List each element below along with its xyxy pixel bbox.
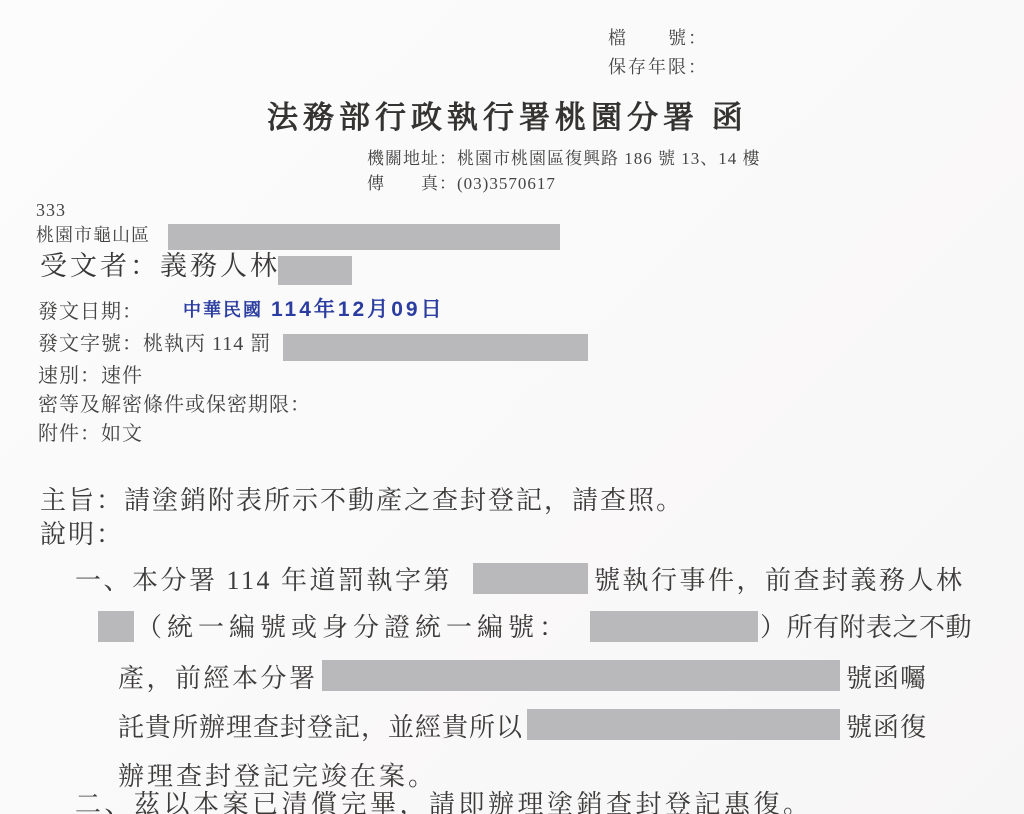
file-number-label: 檔 號： bbox=[608, 28, 708, 49]
document-title: 法務部行政執行署桃園分署 函 bbox=[267, 100, 748, 136]
subject-text: 請塗銷附表所示不動產之查封登記，請查照。 bbox=[124, 486, 684, 515]
redaction-box-recipient-name bbox=[278, 256, 352, 285]
retention-period-label: 保存年限： bbox=[608, 57, 708, 78]
attachment-row: 附件：如文 bbox=[38, 423, 143, 446]
item1-line2-seg1: （統一編號或身分證統一編號： bbox=[136, 613, 570, 643]
item1-line4-post: 號函復 bbox=[846, 713, 927, 743]
doc-number-label: 發文字號： bbox=[38, 333, 143, 355]
item1-line3-post: 號函囑 bbox=[846, 664, 927, 694]
item2-text: 茲以本案已清償完畢，請即辦理塗銷查封登記惠復。 bbox=[134, 790, 813, 814]
item1-line1-post: 號執行事件，前查封義務人林 bbox=[594, 566, 965, 596]
redaction-box-name-continuation bbox=[98, 611, 134, 642]
doc-number-visible: 桃執丙 114 罰 bbox=[143, 333, 271, 355]
fax-value: (03)3570617 bbox=[457, 174, 556, 193]
redaction-box-doc-number bbox=[283, 334, 588, 361]
issue-date-label: 發文日期： bbox=[38, 301, 143, 324]
agency-address-label: 機關地址： bbox=[367, 149, 457, 168]
redaction-box-reply-number bbox=[527, 709, 840, 740]
fax-label: 傳 真： bbox=[367, 174, 457, 193]
item1-line2-seg2: ）所有附表之不動 bbox=[760, 613, 972, 643]
date-stamp: 中華民國 114年12月09日 bbox=[183, 298, 445, 322]
item1-line4-pre: 託貴所辦理查封登記，並經貴所以 bbox=[118, 713, 523, 743]
item1-line3-pre: 產，前經本分署 bbox=[118, 664, 318, 694]
item1-line1-text: 一、本分署 114 年道罰執字第 bbox=[75, 566, 452, 596]
subject-label: 主旨： bbox=[40, 486, 124, 515]
fax-row: 傳 真：(03)3570617 bbox=[367, 174, 556, 194]
recipient-name-prefix: 義務人林 bbox=[160, 251, 280, 281]
stamp-date-text: 114年12月09日 bbox=[271, 298, 445, 322]
item2-row: 二、茲以本案已清償完畢，請即辦理塗銷查封登記惠復。 bbox=[75, 790, 813, 814]
redaction-box-address bbox=[168, 224, 560, 250]
attachment-value: 如文 bbox=[101, 423, 143, 445]
explanation-label: 說明： bbox=[40, 520, 124, 550]
doc-number-row: 發文字號：桃執丙 114 罰 bbox=[38, 333, 271, 356]
recipient-label: 受文者： bbox=[40, 251, 160, 281]
redaction-box-dispatch-number bbox=[322, 660, 840, 691]
redaction-box-case-number bbox=[473, 563, 588, 594]
item2-number: 二、 bbox=[75, 790, 134, 814]
postal-code: 333 bbox=[36, 200, 66, 221]
subject-row: 主旨：請塗銷附表所示不動產之查封登記，請查照。 bbox=[40, 486, 684, 516]
redaction-box-id-number bbox=[590, 611, 758, 642]
item1-line1-pre: 本分署 114 年道罰執字第 bbox=[132, 566, 452, 595]
priority-value: 速件 bbox=[101, 365, 143, 387]
item1-number: 一、 bbox=[75, 566, 132, 595]
item1-line5-text: 辦理查封登記完竣在案。 bbox=[118, 762, 437, 792]
recipient-row: 受文者：義務人林 bbox=[40, 251, 280, 282]
priority-label: 速別： bbox=[38, 365, 101, 387]
recipient-address-prefix: 桃園市龜山區 bbox=[36, 225, 150, 246]
security-classification-label: 密等及解密條件或保密期限： bbox=[38, 394, 311, 417]
agency-address-value: 桃園市桃園區復興路 186 號 13、14 樓 bbox=[457, 149, 761, 168]
attachment-label: 附件： bbox=[38, 423, 101, 445]
scanned-official-letter: 檔 號： 保存年限： 法務部行政執行署桃園分署 函 機關地址：桃園市桃園區復興路… bbox=[0, 0, 1024, 814]
priority-row: 速別：速件 bbox=[38, 365, 143, 388]
agency-address-row: 機關地址：桃園市桃園區復興路 186 號 13、14 樓 bbox=[367, 149, 761, 169]
stamp-era-text: 中華民國 bbox=[183, 300, 263, 321]
